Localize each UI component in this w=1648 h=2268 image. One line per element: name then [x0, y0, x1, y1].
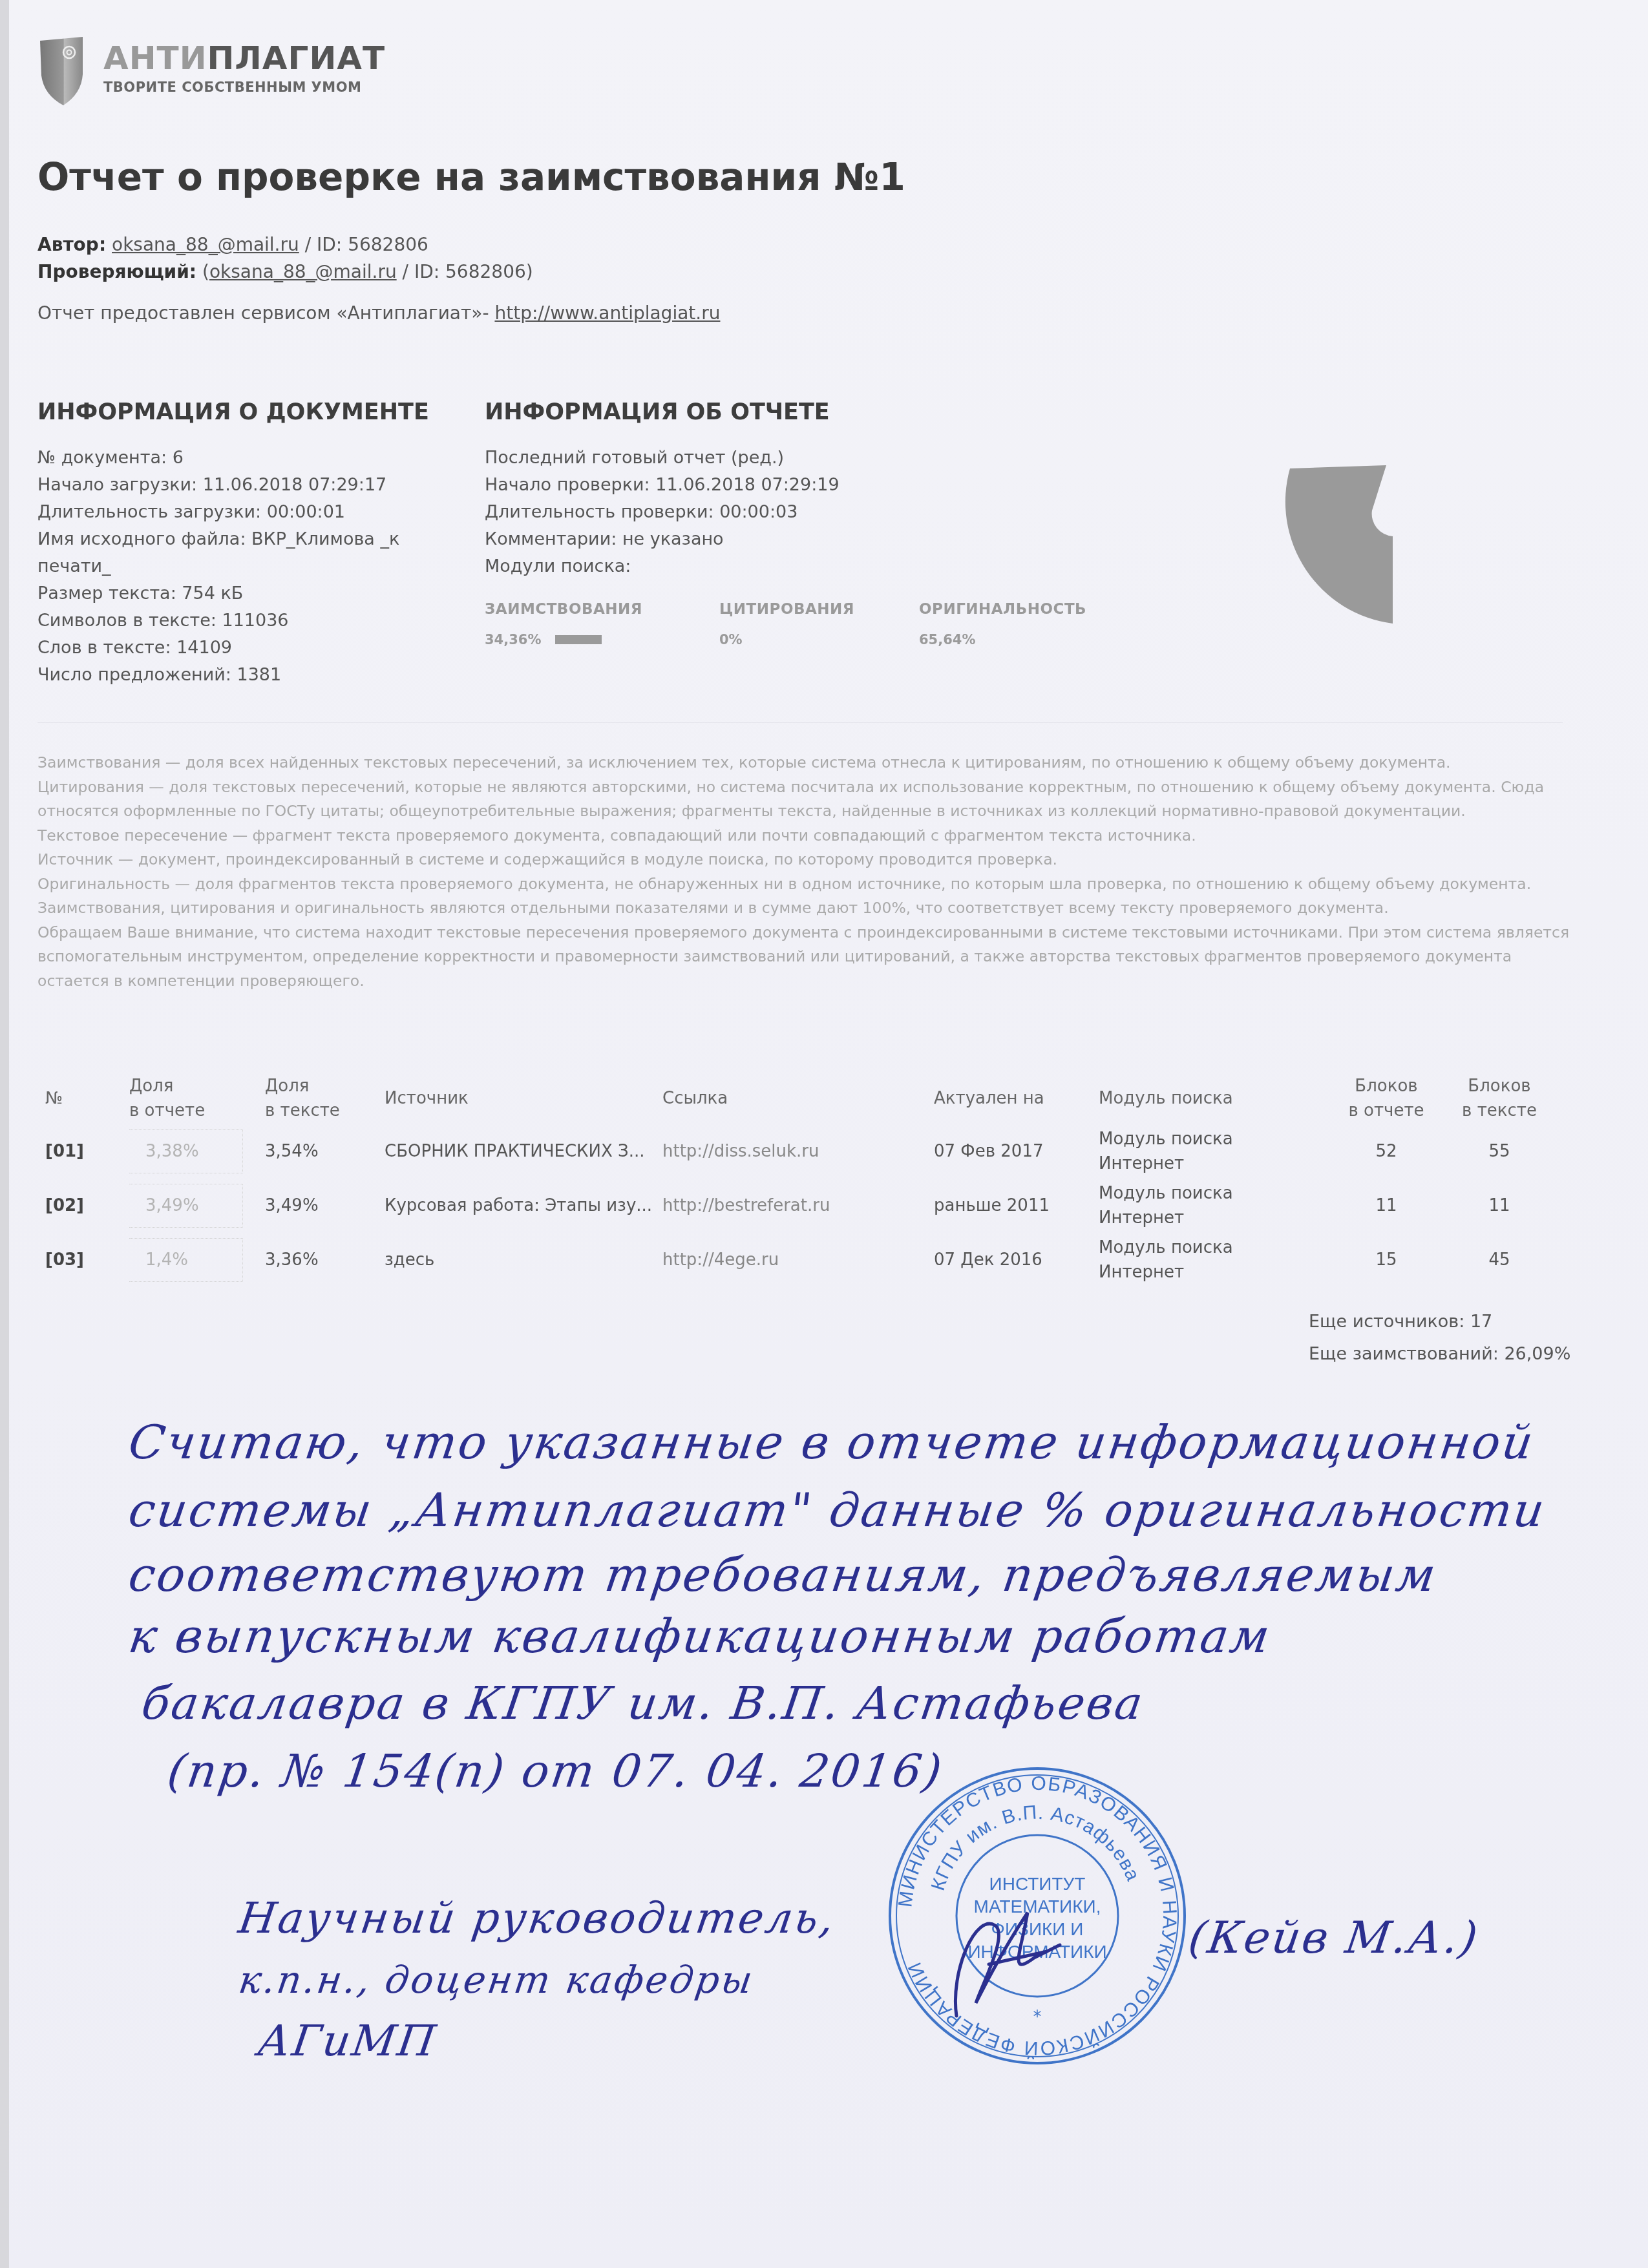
report-info-heading: ИНФОРМАЦИЯ ОБ ОТЧЕТЕ	[485, 399, 830, 425]
source-link[interactable]: http://diss.seluk.ru	[662, 1124, 934, 1179]
scan-edge	[0, 0, 9, 2268]
definition-sum: Заимствования, цитирования и оригинально…	[37, 896, 1576, 921]
handwritten-line-6: (пр. № 154(п) от 07. 04. 2016)	[164, 1745, 947, 1798]
definition-originality: Оригинальность — доля фрагментов текста …	[37, 872, 1576, 897]
logo-title: АНТИПЛАГИАТ	[103, 42, 385, 74]
definition-citations: Цитирования — доля текстовых пересечений…	[37, 775, 1576, 824]
upload-start: Начало загрузки: 11.06.2018 07:29:17	[37, 472, 399, 499]
check-duration: Длительность проверки: 00:00:03	[485, 499, 840, 526]
signer-name: (Кейв М.А.)	[1185, 1913, 1482, 1964]
table-row: [02] 3,49% 3,49% Курсовая работа: Этапы …	[45, 1179, 1551, 1233]
definition-source: Источник — документ, проиндексированный …	[37, 848, 1576, 872]
search-modules: Модули поиска:	[485, 553, 840, 580]
reviewer-line: Проверяющий: (oksana_88_@mail.ru / ID: 5…	[37, 261, 533, 282]
source-link[interactable]: http://4ege.ru	[662, 1233, 934, 1287]
check-start: Начало проверки: 11.06.2018 07:29:19	[485, 472, 840, 499]
doc-number: № документа: 6	[37, 445, 399, 472]
definition-notice: Обращаем Ваше внимание, что система нахо…	[37, 921, 1576, 994]
table-row: [01] 3,38% 3,54% СБОРНИК ПРАКТИЧЕСКИХ З.…	[45, 1124, 1551, 1179]
supervisor-department: АГиМП	[255, 2016, 441, 2066]
author-line: Автор: oksana_88_@mail.ru / ID: 5682806	[37, 234, 428, 255]
document-info-heading: ИНФОРМАЦИЯ О ДОКУМЕНТЕ	[37, 399, 429, 425]
definitions: Заимствования — доля всех найденных текс…	[37, 751, 1576, 993]
last-report: Последний готовый отчет (ред.)	[485, 445, 840, 472]
definition-borrowings: Заимствования — доля всех найденных текс…	[37, 751, 1576, 775]
stat-citations: ЦИТИРОВАНИЯ 0%	[719, 601, 854, 647]
report-info-list: Последний готовый отчет (ред.) Начало пр…	[485, 445, 840, 580]
sources-table: № Доляв отчете Доляв тексте Источник Ссы…	[45, 1073, 1551, 1287]
source-filename-cont: печати_	[37, 553, 399, 580]
handwritten-line-1: Считаю, что указанные в отчете информаци…	[125, 1415, 1538, 1469]
handwritten-line-4: к выпускным квалификационным работам	[125, 1609, 1274, 1663]
provided-by-line: Отчет предоставлен сервисом «Антиплагиат…	[37, 302, 720, 324]
borrowings-bar	[555, 635, 602, 644]
source-link[interactable]: http://bestreferat.ru	[662, 1179, 934, 1233]
handwritten-line-2: системы „Антиплагиат" данные % оригиналь…	[125, 1483, 1549, 1537]
report-title: Отчет о проверке на заимствования №1	[37, 155, 905, 199]
handwritten-line-3: соответствуют требованиям, предъявляемым	[125, 1548, 1441, 1602]
stat-borrowings: ЗАИМСТВОВАНИЯ 34,36%	[485, 601, 642, 647]
antiplagiat-logo: АНТИПЛАГИАТ ТВОРИТЕ СОБСТВЕННЫМ УМОМ	[39, 36, 385, 107]
table-header: № Доляв отчете Доляв тексте Источник Ссы…	[45, 1073, 1551, 1124]
document-info-list: № документа: 6 Начало загрузки: 11.06.20…	[37, 445, 399, 689]
sentence-count: Число предложений: 1381	[37, 662, 399, 689]
text-size: Размер текста: 754 кБ	[37, 580, 399, 607]
logo-tagline: ТВОРИТЕ СОБСТВЕННЫМ УМОМ	[103, 79, 385, 95]
originality-pie-chart	[1276, 446, 1470, 659]
definition-text-overlap: Текстовое пересечение — фрагмент текста …	[37, 824, 1576, 848]
supervisor-degree: к.п.н., доцент кафедры	[236, 1958, 757, 2002]
antiplagiat-link[interactable]: http://www.antiplagiat.ru	[494, 302, 720, 324]
author-email-link[interactable]: oksana_88_@mail.ru	[112, 234, 299, 255]
reviewer-email-link[interactable]: oksana_88_@mail.ru	[209, 261, 397, 282]
scanned-page: АНТИПЛАГИАТ ТВОРИТЕ СОБСТВЕННЫМ УМОМ Отч…	[0, 0, 1648, 2268]
more-sources: Еще источников: 17	[1309, 1312, 1492, 1332]
shield-icon	[39, 36, 84, 107]
supervisor-title: Научный руководитель,	[236, 1893, 840, 1943]
handwritten-signature	[937, 1874, 1092, 2029]
char-count: Символов в тексте: 111036	[37, 607, 399, 635]
upload-duration: Длительность загрузки: 00:00:01	[37, 499, 399, 526]
word-count: Слов в тексте: 14109	[37, 635, 399, 662]
handwritten-line-5: бакалавра в КГПУ им. В.П. Астафьева	[138, 1677, 1148, 1730]
comments: Комментарии: не указано	[485, 526, 840, 553]
table-row: [03] 1,4% 3,36% здесь http://4ege.ru 07 …	[45, 1233, 1551, 1287]
stat-originality: ОРИГИНАЛЬНОСТЬ 65,64%	[919, 601, 1086, 647]
source-filename: Имя исходного файла: ВКР_Климова _к	[37, 526, 399, 553]
divider	[37, 722, 1563, 723]
more-borrowings: Еще заимствований: 26,09%	[1309, 1344, 1570, 1364]
